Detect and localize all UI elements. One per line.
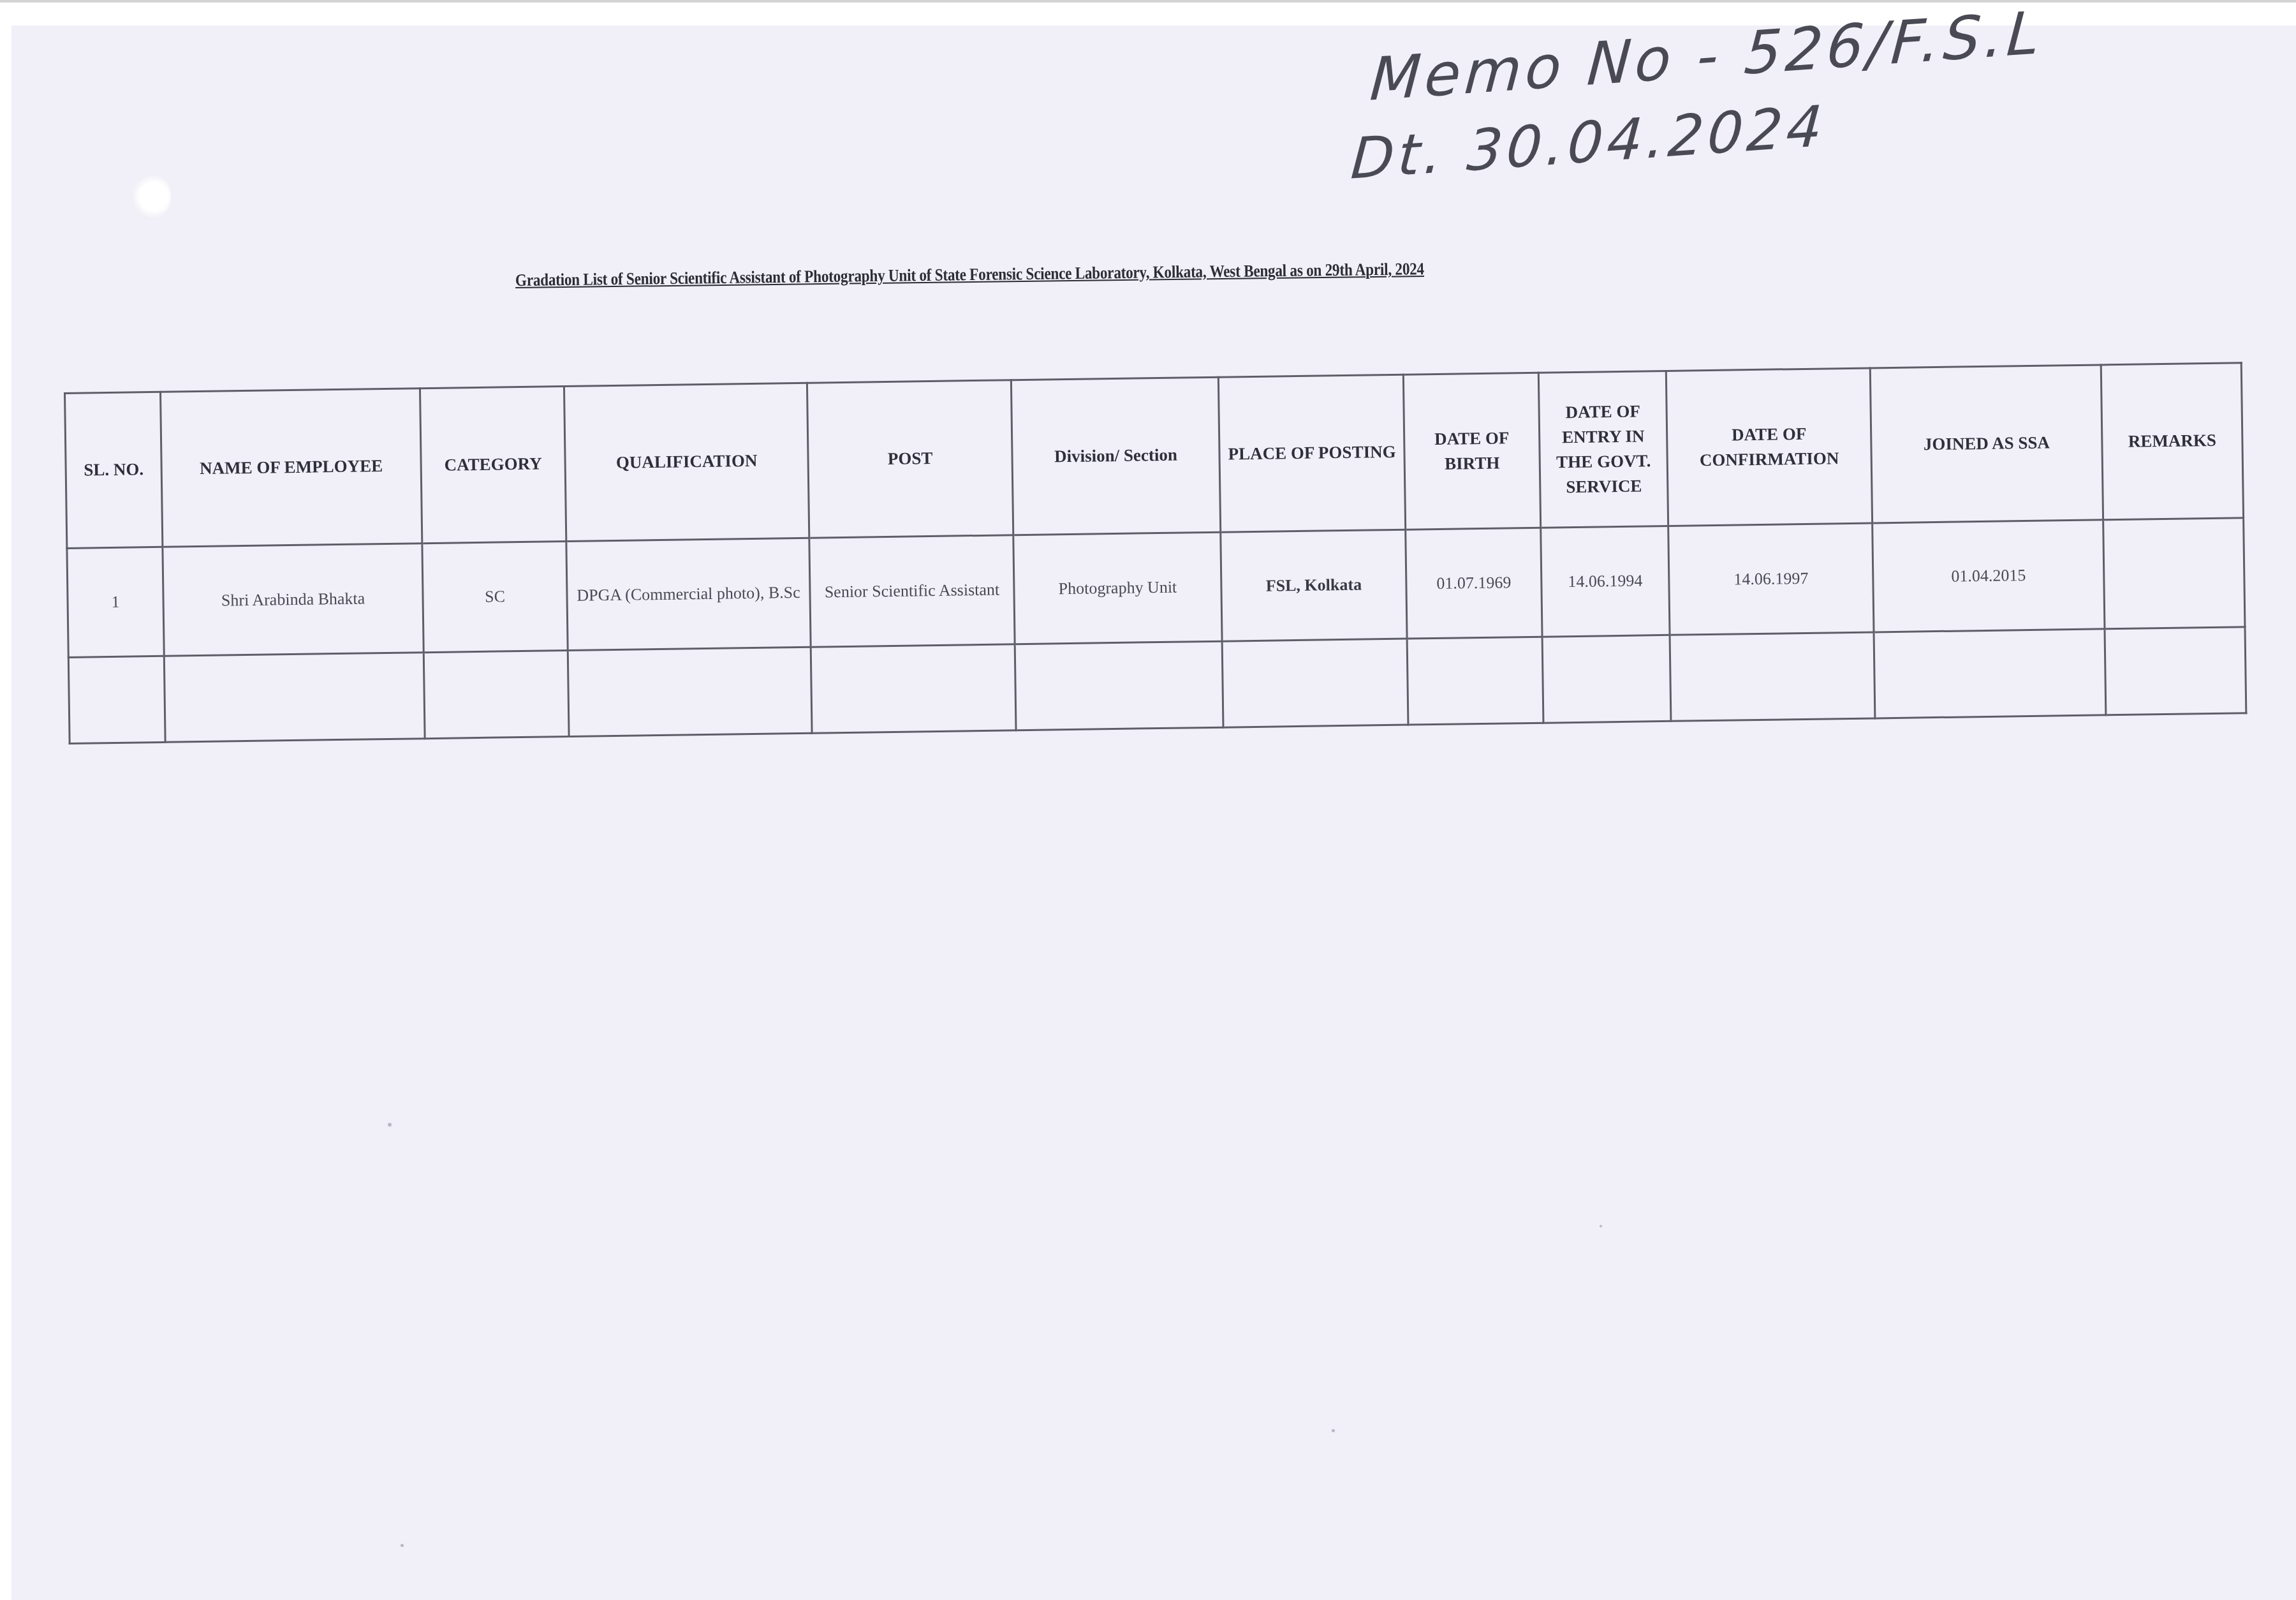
header-division-section: Division/ Section <box>1011 377 1220 535</box>
scan-speck <box>1332 1429 1335 1432</box>
cell-date-of-birth <box>1407 637 1543 725</box>
viewer-top-border <box>0 0 2296 3</box>
header-joined-as-ssa: JOINED AS SSA <box>1870 365 2103 523</box>
cell-place-of-posting: FSL, Kolkata <box>1221 530 1407 641</box>
cell-category <box>423 651 569 739</box>
scan-speck <box>401 1544 404 1547</box>
cell-date-of-entry: 14.06.1994 <box>1541 526 1670 637</box>
header-date-of-confirmation: DATE OF CONFIRMATION <box>1666 368 1872 526</box>
header-name-of-employee: NAME OF EMPLOYEE <box>161 389 422 547</box>
cell-name <box>164 653 425 743</box>
header-post: POST <box>807 380 1013 538</box>
cell-remarks <box>2105 627 2246 715</box>
header-sl-no: SL. NO. <box>65 392 163 548</box>
header-date-of-entry: DATE OF ENTRY IN THE GOVT. SERVICE <box>1538 371 1668 528</box>
cell-joined-as-ssa <box>1874 629 2106 718</box>
scanned-page <box>11 26 2296 1600</box>
cell-sl-no <box>68 656 165 743</box>
header-remarks: REMARKS <box>2101 363 2243 520</box>
table-header-row: SL. NO. NAME OF EMPLOYEE CATEGORY QUALIF… <box>65 363 2244 549</box>
cell-post: Senior Scientific Assistant <box>809 535 1015 647</box>
cell-name: Shri Arabinda Bhakta <box>163 544 423 656</box>
gradation-table-container: SL. NO. NAME OF EMPLOYEE CATEGORY QUALIF… <box>64 362 2247 744</box>
scan-speck <box>388 1123 392 1127</box>
cell-date-of-birth: 01.07.1969 <box>1406 528 1542 639</box>
header-place-of-posting: PLACE OF POSTING <box>1218 374 1405 532</box>
cell-qualification: DPGA (Commercial photo), B.Sc <box>566 538 811 650</box>
punch-hole <box>133 174 171 219</box>
cell-division: Photography Unit <box>1013 532 1222 644</box>
cell-place-of-posting <box>1222 639 1408 727</box>
cell-division <box>1015 641 1223 730</box>
cell-post <box>811 644 1016 733</box>
cell-category: SC <box>422 542 568 653</box>
gradation-table: SL. NO. NAME OF EMPLOYEE CATEGORY QUALIF… <box>64 362 2247 744</box>
cell-sl-no: 1 <box>67 547 164 657</box>
cell-remarks <box>2103 518 2245 629</box>
cell-qualification <box>568 647 812 736</box>
header-qualification: QUALIFICATION <box>564 383 809 541</box>
scan-speck <box>1600 1225 1602 1227</box>
cell-date-of-confirmation: 14.06.1997 <box>1668 523 1874 635</box>
header-category: CATEGORY <box>420 387 566 544</box>
cell-date-of-confirmation <box>1670 632 1875 721</box>
header-date-of-birth: DATE OF BIRTH <box>1403 373 1540 530</box>
cell-joined-as-ssa: 01.04.2015 <box>1873 520 2105 632</box>
cell-date-of-entry <box>1542 635 1671 723</box>
